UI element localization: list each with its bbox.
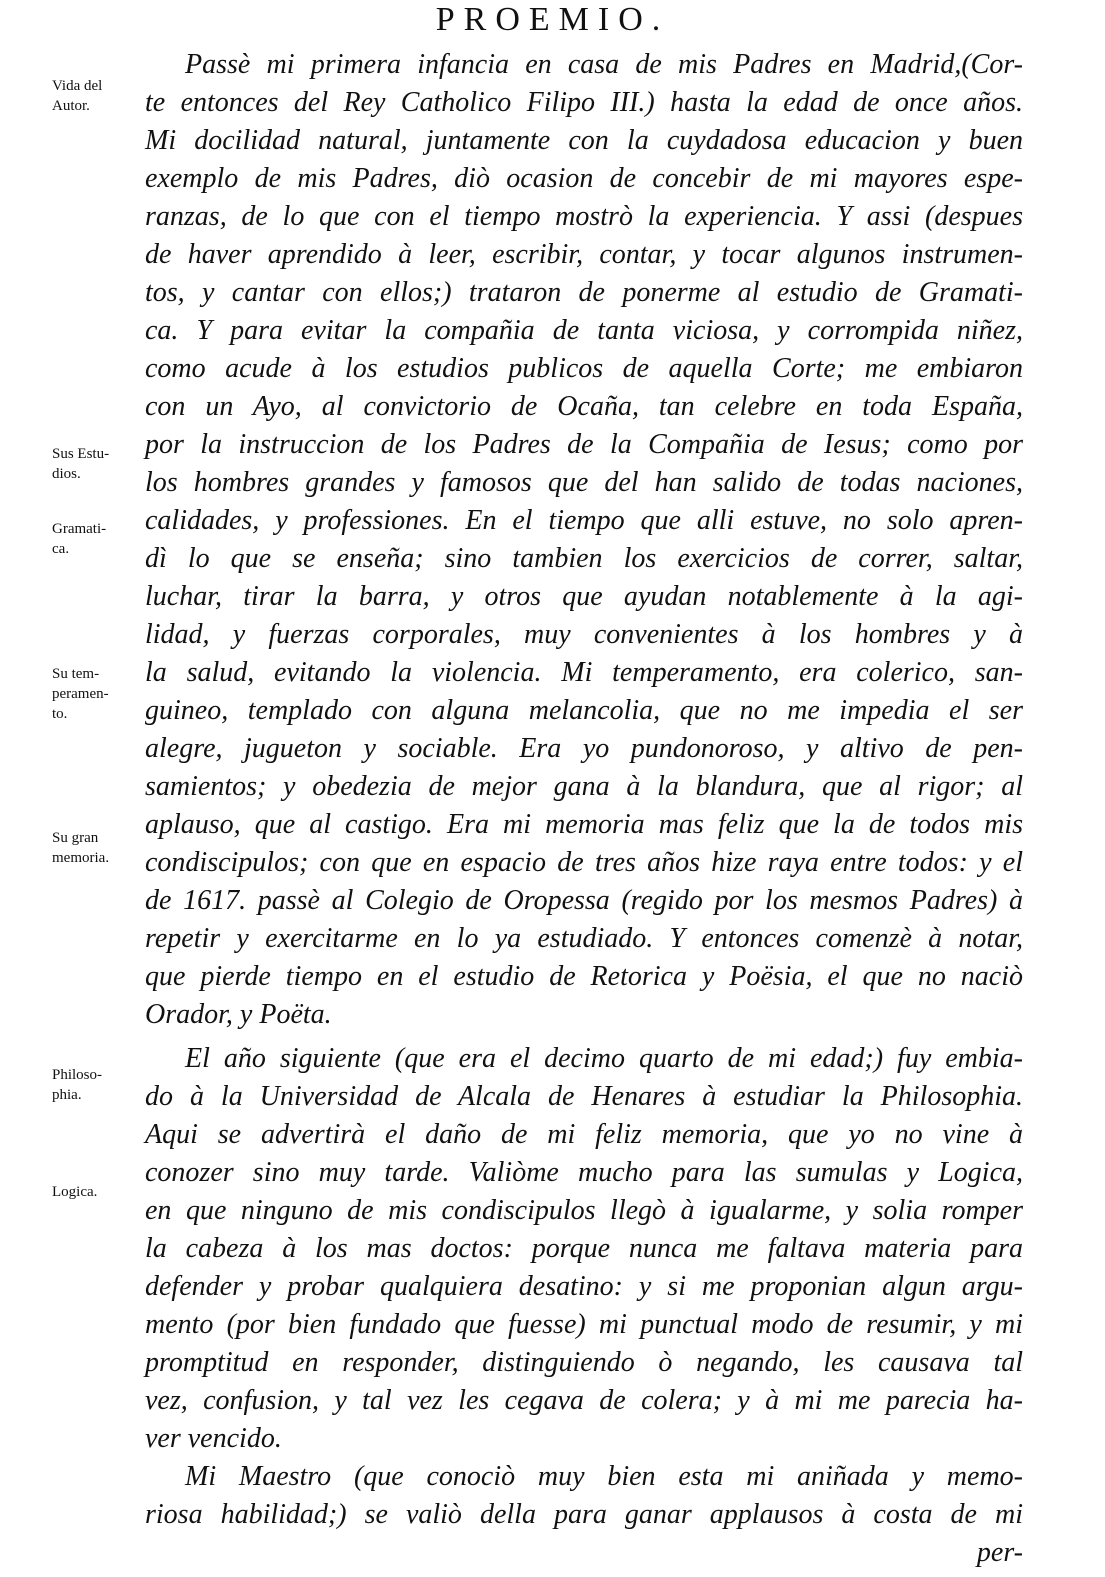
margin-note-philosophia: Philoso- phia. <box>52 1065 144 1105</box>
margin-note-line: phia. <box>52 1085 144 1105</box>
text-line: aplauso, que al castigo. Era mi memoria … <box>145 806 1023 844</box>
text-line: los hombres grandes y famosos que del ha… <box>145 464 1023 502</box>
text-line: ca. Y para evitar la compañia de tanta v… <box>145 312 1023 350</box>
margin-note-line: Su gran <box>52 828 144 848</box>
text-line: vez, confusion, y tal vez les cegava de … <box>145 1382 1023 1420</box>
page-title: PROEMIO. <box>0 2 1105 38</box>
margin-note-line: Su tem- <box>52 664 144 684</box>
text-line: repetir y exercitarme en lo ya estudiado… <box>145 920 1023 958</box>
text-line: condiscipulos; con que en espacio de tre… <box>145 844 1023 882</box>
text-line: exemplo de mis Padres, diò ocasion de co… <box>145 160 1023 198</box>
margin-note-line: memoria. <box>52 848 144 868</box>
text-line: riosa habilidad;) se valiò della para ga… <box>145 1496 1023 1534</box>
text-line: mento (por bien fundado que fuesse) mi p… <box>145 1306 1023 1344</box>
margin-note-su-gran-memoria: Su gran memoria. <box>52 828 144 868</box>
margin-note-line: Gramati- <box>52 519 144 539</box>
text-line: tos, y cantar con ellos;) trataron de po… <box>145 274 1023 312</box>
text-line: El año siguiente (que era el decimo quar… <box>185 1040 1023 1078</box>
text-line: samientos; y obedezia de mejor gana à la… <box>145 768 1023 806</box>
margin-note-sus-estudios: Sus Estu- dios. <box>52 444 144 484</box>
margin-note-line: Philoso- <box>52 1065 144 1085</box>
text-line: ver vencido. <box>145 1420 1023 1458</box>
text-line: do à la Universidad de Alcala de Henares… <box>145 1078 1023 1116</box>
margin-note-line: Sus Estu- <box>52 444 144 464</box>
margin-note-gramatica: Gramati- ca. <box>52 519 144 559</box>
margin-note-logica: Logica. <box>52 1182 144 1202</box>
text-line: como acude à los estudios publicos de aq… <box>145 350 1023 388</box>
text-line: ranzas, de lo que con el tiempo mostrò l… <box>145 198 1023 236</box>
text-line: que pierde tiempo en el estudio de Retor… <box>145 958 1023 996</box>
text-line: defender y probar qualquiera desatino: y… <box>145 1268 1023 1306</box>
text-line: Orador, y Poëta. <box>145 996 1023 1034</box>
text-line: lidad, y fuerzas corporales, muy conveni… <box>145 616 1023 654</box>
text-line: calidades, y professiones. En el tiempo … <box>145 502 1023 540</box>
text-line: en que ninguno de mis condiscipulos lleg… <box>145 1192 1023 1230</box>
margin-note-line: Vida del <box>52 76 144 96</box>
text-line: promptitud en responder, distinguiendo ò… <box>145 1344 1023 1382</box>
text-line: guineo, templado con alguna melancolia, … <box>145 692 1023 730</box>
text-line: luchar, tirar la barra, y otros que ayud… <box>145 578 1023 616</box>
text-line: con un Ayo, al convictorio de Ocaña, tan… <box>145 388 1023 426</box>
text-line: la cabeza à los mas doctos: porque nunca… <box>145 1230 1023 1268</box>
catchword: per- <box>145 1534 1023 1572</box>
text-line: por la instruccion de los Padres de la C… <box>145 426 1023 464</box>
text-line: conozer sino muy tarde. Valiòme mucho pa… <box>145 1154 1023 1192</box>
margin-note-line: Autor. <box>52 96 144 116</box>
text-line: de 1617. passè al Colegio de Oropessa (r… <box>145 882 1023 920</box>
text-line: dì lo que se enseña; sino tambien los ex… <box>145 540 1023 578</box>
margin-note-vida-del-autor: Vida del Autor. <box>52 76 144 116</box>
margin-note-line: peramen- <box>52 684 144 704</box>
text-line: de haver aprendido à leer, escribir, con… <box>145 236 1023 274</box>
margin-note-line: to. <box>52 704 144 724</box>
text-line: Mi Maestro (que conociò muy bien esta mi… <box>185 1458 1023 1496</box>
margin-note-line: Logica. <box>52 1182 144 1202</box>
margin-note-line: dios. <box>52 464 144 484</box>
text-line: la salud, evitando la violencia. Mi temp… <box>145 654 1023 692</box>
text-line: Aqui se advertirà el daño de mi feliz me… <box>145 1116 1023 1154</box>
text-line: alegre, jugueton y sociable. Era yo pund… <box>145 730 1023 768</box>
margin-note-su-temperamento: Su tem- peramen- to. <box>52 664 144 724</box>
text-line: Passè mi primera infancia en casa de mis… <box>185 46 1023 84</box>
text-line: Mi docilidad natural, juntamente con la … <box>145 122 1023 160</box>
margin-note-line: ca. <box>52 539 144 559</box>
text-line: te entonces del Rey Catholico Filipo III… <box>145 84 1023 122</box>
book-page: PROEMIO. Vida del Autor. Sus Estu- dios.… <box>0 0 1105 1577</box>
